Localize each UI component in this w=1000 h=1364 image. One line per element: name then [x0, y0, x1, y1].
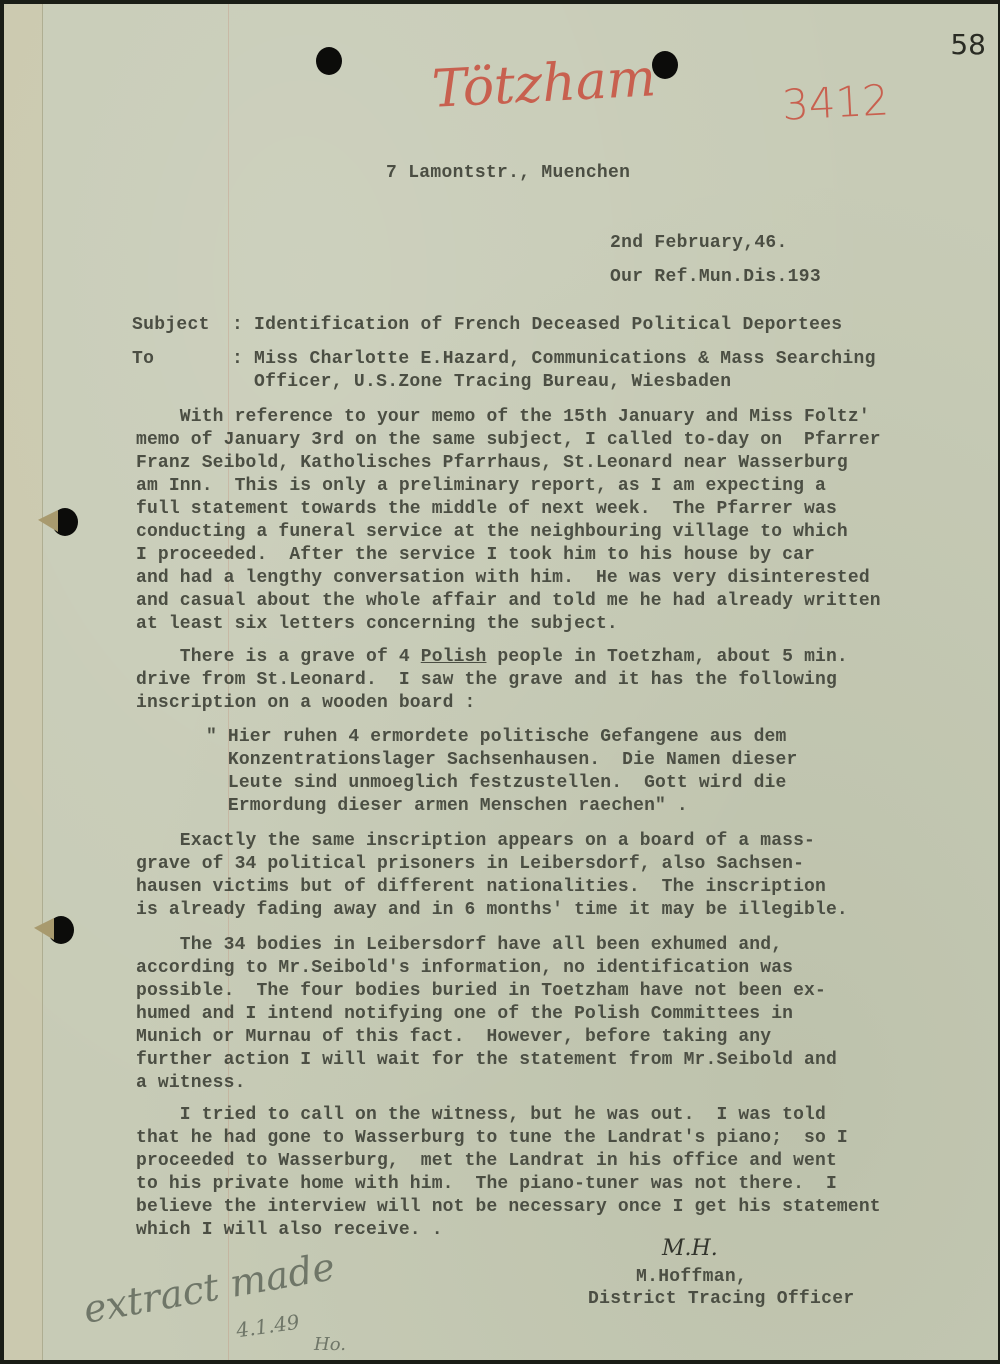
handwritten-place-name: Tötzham [431, 48, 658, 120]
signatory-title: District Tracing Officer [588, 1288, 854, 1311]
text-line: believe the interview will not be necess… [136, 1196, 881, 1219]
paragraph-3: Exactly the same inscription appears on … [136, 830, 848, 922]
paragraph-4: The 34 bodies in Leibersdorf have all be… [136, 934, 837, 1095]
quote-line: " Hier ruhen 4 ermordete politische Gefa… [206, 726, 797, 749]
text-line: conducting a funeral service at the neig… [136, 521, 881, 544]
quote-line: Konzentrationslager Sachsenhausen. Die N… [206, 749, 797, 772]
text-line: possible. The four bodies buried in Toet… [136, 980, 837, 1003]
page-number: 58 [950, 28, 986, 61]
text-line: drive from St.Leonard. I saw the grave a… [136, 669, 848, 692]
underlined-word: Polish [421, 647, 487, 667]
text-line: am Inn. This is only a preliminary repor… [136, 475, 881, 498]
punch-hole-top-right [652, 51, 678, 79]
text-line: a witness. [136, 1072, 837, 1095]
text-line: memo of January 3rd on the same subject,… [136, 429, 881, 452]
text-line: Exactly the same inscription appears on … [136, 830, 848, 853]
punch-hole-top-left [316, 47, 342, 75]
inscription-quote: " Hier ruhen 4 ermordete politische Gefa… [206, 726, 797, 818]
text-fragment: There is a grave of 4 [136, 647, 421, 667]
quote-line: Leute sind unmoeglich festzustellen. Got… [206, 772, 797, 795]
to-colon: : [232, 348, 243, 371]
signatory-name: M.Hoffman, [636, 1266, 747, 1289]
quote-line: Ermordung dieser armen Menschen raechen"… [206, 795, 797, 818]
text-line: Franz Seibold, Katholisches Pfarrhaus, S… [136, 452, 881, 475]
reference-number: Our Ref.Mun.Dis.193 [610, 266, 821, 289]
paragraph-1: With reference to your memo of the 15th … [136, 406, 881, 636]
to-label: To [132, 348, 154, 371]
text-line: grave of 34 political prisoners in Leibe… [136, 853, 848, 876]
handwritten-extract-initials: Ho. [314, 1334, 346, 1355]
text-line: There is a grave of 4 Polish people in T… [136, 646, 848, 669]
text-line: and casual about the whole affair and to… [136, 590, 881, 613]
text-line: at least six letters concerning the subj… [136, 613, 881, 636]
signature-initials: M.H. [662, 1236, 718, 1261]
subject-colon: : [232, 314, 243, 337]
text-line: is already fading away and in 6 months' … [136, 899, 848, 922]
subject-text: Identification of French Deceased Politi… [254, 314, 842, 337]
text-line: humed and I intend notifying one of the … [136, 1003, 837, 1026]
text-fragment: people in Toetzham, about 5 min. [486, 647, 847, 667]
text-line: to his private home with him. The piano-… [136, 1173, 881, 1196]
handwritten-file-number: 3412 [781, 75, 890, 130]
document-page: 58 Tötzham 3412 7 Lamontstr., Muenchen 2… [4, 4, 998, 1360]
handwritten-extract-date: 4.1.49 [235, 1310, 301, 1343]
subject-label: Subject [132, 314, 210, 337]
paragraph-5: I tried to call on the witness, but he w… [136, 1104, 881, 1242]
punch-hole-left-upper [52, 508, 78, 536]
text-line: full statement towards the middle of nex… [136, 498, 881, 521]
text-line: I tried to call on the witness, but he w… [136, 1104, 881, 1127]
text-line: that he had gone to Wasserburg to tune t… [136, 1127, 881, 1150]
text-line: With reference to your memo of the 15th … [136, 406, 881, 429]
text-line: which I will also receive. . [136, 1219, 881, 1242]
text-line: Munich or Murnau of this fact. However, … [136, 1026, 837, 1049]
punch-hole-left-lower [48, 916, 74, 944]
text-line: hausen victims but of different national… [136, 876, 848, 899]
text-line: according to Mr.Seibold's information, n… [136, 957, 837, 980]
binding-margin [4, 4, 43, 1360]
text-line: further action I will wait for the state… [136, 1049, 837, 1072]
sender-address: 7 Lamontstr., Muenchen [386, 162, 630, 185]
text-line: The 34 bodies in Leibersdorf have all be… [136, 934, 837, 957]
recipient-line-1: Miss Charlotte E.Hazard, Communications … [254, 348, 876, 371]
text-line: I proceeded. After the service I took hi… [136, 544, 881, 567]
text-line: inscription on a wooden board : [136, 692, 848, 715]
letter-date: 2nd February,46. [610, 232, 788, 255]
text-line: and had a lengthy conversation with him.… [136, 567, 881, 590]
paragraph-2: There is a grave of 4 Polish people in T… [136, 646, 848, 715]
recipient-line-2: Officer, U.S.Zone Tracing Bureau, Wiesba… [254, 371, 731, 394]
text-line: proceeded to Wasserburg, met the Landrat… [136, 1150, 881, 1173]
